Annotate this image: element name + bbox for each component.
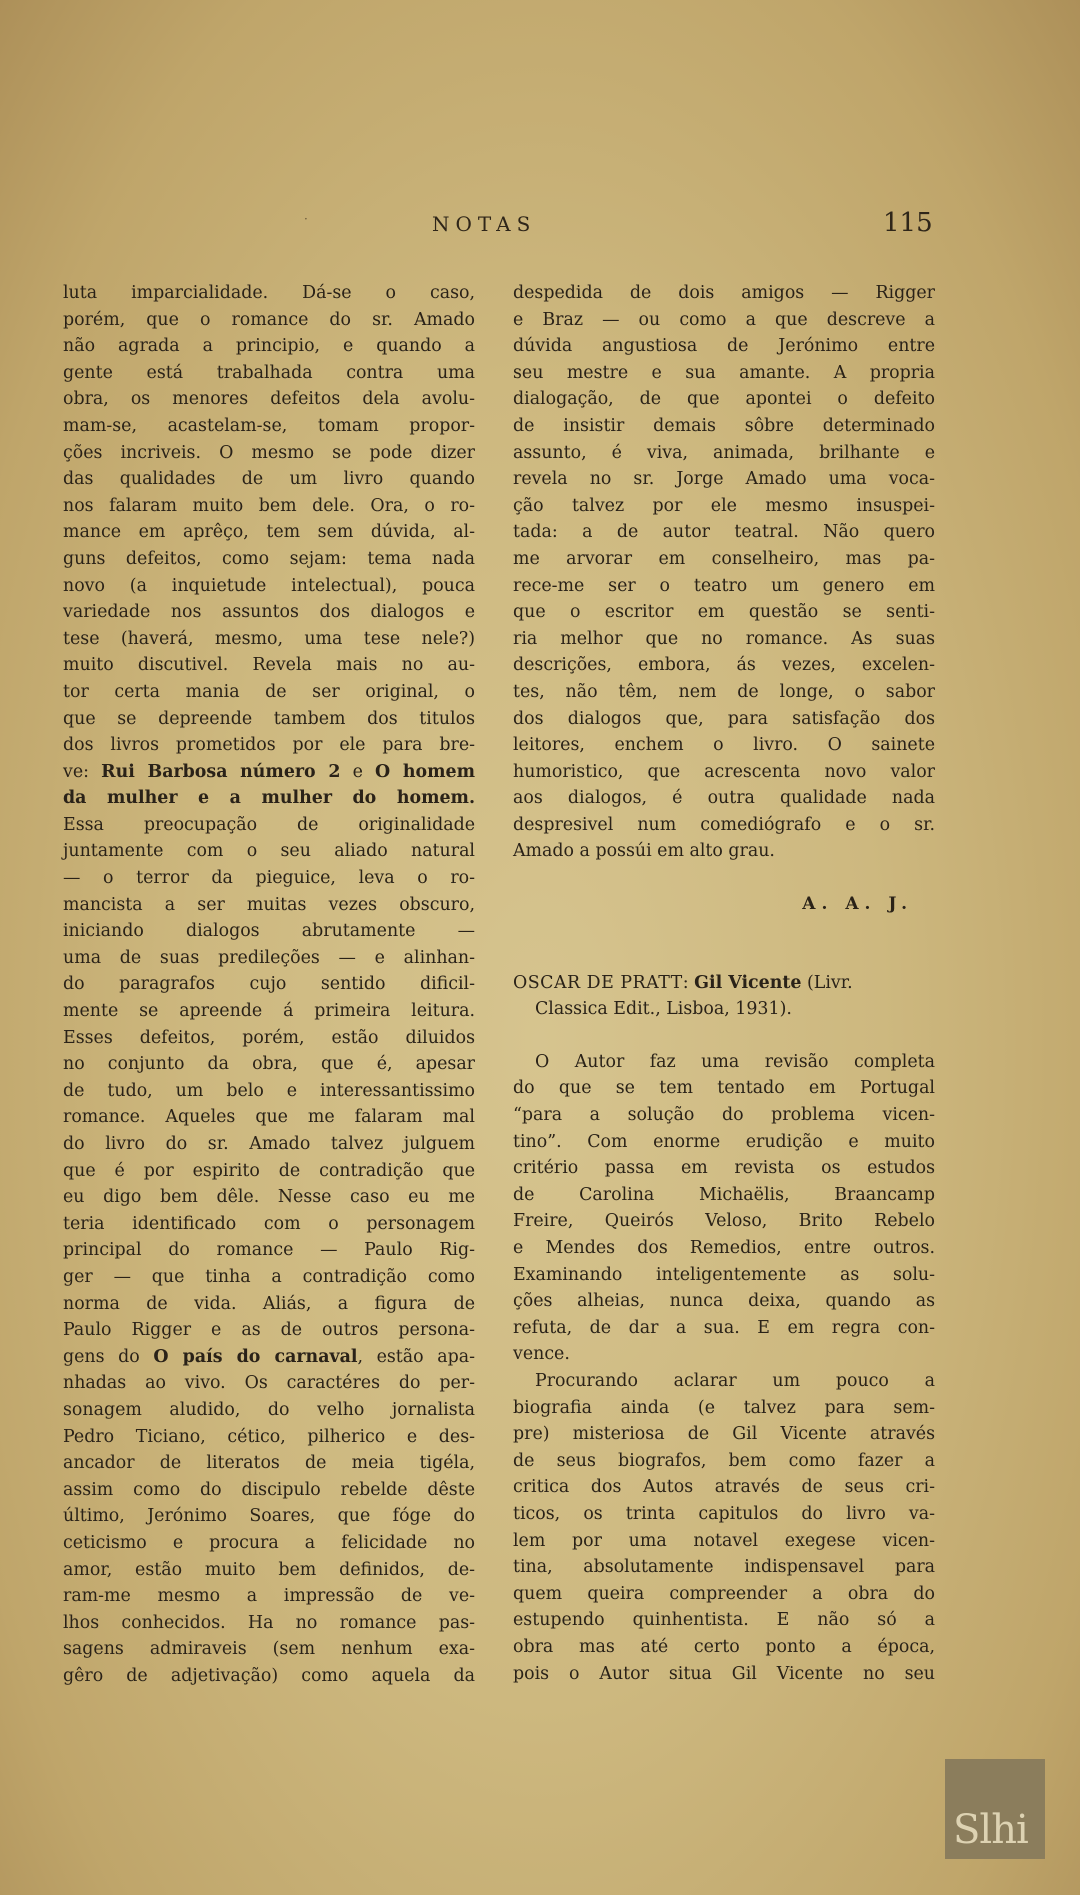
text-line: quem queira compreender a obra do	[513, 1581, 935, 1608]
page-header: · NOTAS 115	[0, 208, 1080, 248]
text-line: e Braz — ou como a que descreve a	[513, 307, 935, 334]
text-line: de tudo, um belo e interessantissimo	[63, 1078, 475, 1105]
watermark-logo-text: Slhi	[953, 1807, 1028, 1853]
text-line: dos livros prometidos por ele para bre-	[63, 732, 475, 759]
text-line: que é por espirito de contradição que	[63, 1158, 475, 1185]
right-column: despedida de dois amigos — Riggere Braz …	[513, 280, 935, 1687]
text-line: não agrada a principio, e quando a	[63, 333, 475, 360]
text-line-book-titles: ve: Rui Barbosa número 2 e O homem	[63, 759, 475, 786]
text-line: ticos, os trinta capitulos do livro va-	[513, 1501, 935, 1528]
review-signature: A. A. J.	[513, 891, 935, 918]
text-line: ancador de literatos de meia tigéla,	[63, 1450, 475, 1477]
running-title: NOTAS	[432, 212, 536, 236]
book-title-o-homem: O homem	[375, 762, 475, 782]
review2-paragraph-2: Procurando aclarar um pouco abiografia a…	[513, 1368, 935, 1687]
text-line: despedida de dois amigos — Rigger	[513, 280, 935, 307]
text-line: Examinando inteligentemente as solu-	[513, 1262, 935, 1289]
text-line: me arvorar em conselheiro, mas pa-	[513, 546, 935, 573]
text-line: tese (haverá, mesmo, uma tese nele?)	[63, 626, 475, 653]
text-line: Paulo Rigger e as de outros persona-	[63, 1317, 475, 1344]
text-line: leitores, enchem o livro. O sainete	[513, 732, 935, 759]
text-line: ger — que tinha a contradição como	[63, 1264, 475, 1291]
header-mark: ·	[304, 212, 308, 226]
text-line: ção talvez por ele mesmo insuspei-	[513, 493, 935, 520]
text-line: Pedro Ticiano, cético, pilherico e des-	[63, 1424, 475, 1451]
text-line: muito discutivel. Revela mais no au-	[63, 652, 475, 679]
text-line: revela no sr. Jorge Amado uma voca-	[513, 466, 935, 493]
text-fragment: gens do	[63, 1347, 153, 1367]
text-line: norma de vida. Aliás, a figura de	[63, 1291, 475, 1318]
text-line: do paragrafos cujo sentido dificil-	[63, 971, 475, 998]
text-line-pais-do-carnaval: gens do O país do carnaval, estão apa-	[63, 1344, 475, 1371]
citation-separator: :	[683, 973, 694, 993]
text-line: “para a solução do problema vicen-	[513, 1102, 935, 1129]
text-line: rece-me ser o teatro um genero em	[513, 573, 935, 600]
text-line: teria identificado com o personagem	[63, 1211, 475, 1238]
citation-line-2: Classica Edit., Lisboa, 1931).	[513, 996, 935, 1023]
text-line: tes, não têm, nem de longe, o sabor	[513, 679, 935, 706]
text-line: iniciando dialogos abrutamente —	[63, 918, 475, 945]
text-line: despresivel num comediógrafo e o sr.	[513, 812, 935, 839]
text-line: Procurando aclarar um pouco a	[513, 1368, 935, 1395]
text-line: seu mestre e sua amante. A propria	[513, 360, 935, 387]
text-line: luta imparcialidade. Dá-se o caso,	[63, 280, 475, 307]
text-line: lem por uma notavel exegese vicen-	[513, 1528, 935, 1555]
book-citation: OSCAR DE PRATT: Gil Vicente (Livr. Class…	[513, 970, 935, 1023]
text-line: sagens admiraveis (sem nenhum exa-	[63, 1636, 475, 1663]
text-line: amor, estão muito bem definidos, de-	[63, 1557, 475, 1584]
text-line: tina, absolutamente indispensavel para	[513, 1554, 935, 1581]
text-line: guns defeitos, como sejam: tema nada	[63, 546, 475, 573]
citation-line-1: OSCAR DE PRATT: Gil Vicente (Livr.	[513, 970, 935, 997]
citation-author: OSCAR DE PRATT	[513, 973, 683, 993]
text-line: descrições, embora, ás vezes, excelen-	[513, 652, 935, 679]
text-line: nos falaram muito bem dele. Ora, o ro-	[63, 493, 475, 520]
text-line: lhos conhecidos. Ha no romance pas-	[63, 1610, 475, 1637]
text-line: obra, os menores defeitos dela avolu-	[63, 386, 475, 413]
text-line: gêro de adjetivação) como aquela da	[63, 1663, 475, 1690]
text-line: ções alheias, nunca deixa, quando as	[513, 1288, 935, 1315]
text-line: pre) misteriosa de Gil Vicente através	[513, 1421, 935, 1448]
text-line: dúvida angustiosa de Jerónimo entre	[513, 333, 935, 360]
text-line: pois o Autor situa Gil Vicente no seu	[513, 1661, 935, 1688]
text-fragment: , estão apa-	[357, 1347, 475, 1367]
text-line: principal do romance — Paulo Rig-	[63, 1237, 475, 1264]
text-line: vence.	[513, 1341, 935, 1368]
text-line: ceticismo e procura a felicidade no	[63, 1530, 475, 1557]
text-line: uma de suas predileções — e alinhan-	[63, 945, 475, 972]
left-column: luta imparcialidade. Dá-se o caso,porém,…	[63, 280, 475, 1689]
text-line: eu digo bem dêle. Nesse caso eu me	[63, 1184, 475, 1211]
book-title-pais-do-carnaval: O país do carnaval	[153, 1347, 357, 1367]
text-line: mente se apreende á primeira leitura.	[63, 998, 475, 1025]
book-title-continuation: da mulher e a mulher do homem.	[63, 785, 475, 812]
text-line: refuta, de dar a sua. E em regra con-	[513, 1315, 935, 1342]
text-line: mance em aprêço, tem sem dúvida, al-	[63, 519, 475, 546]
text-line: no conjunto da obra, que é, apesar	[63, 1051, 475, 1078]
text-line: último, Jerónimo Soares, que fóge do	[63, 1503, 475, 1530]
watermark-logo: Slhi	[945, 1759, 1045, 1859]
text-line: estupendo quinhentista. E não só a	[513, 1607, 935, 1634]
text-line: gente está trabalhada contra uma	[63, 360, 475, 387]
citation-title: Gil Vicente	[694, 973, 801, 993]
text-line: critério passa em revista os estudos	[513, 1155, 935, 1182]
text-line: porém, que o romance do sr. Amado	[63, 307, 475, 334]
text-line: romance. Aqueles que me falaram mal	[63, 1104, 475, 1131]
text-line: tor certa mania de ser original, o	[63, 679, 475, 706]
text-line: critica dos Autos através de seus cri-	[513, 1474, 935, 1501]
text-line: assunto, é viva, animada, brilhante e	[513, 440, 935, 467]
text-line: dialogação, de que apontei o defeito	[513, 386, 935, 413]
text-fragment: ve:	[63, 762, 101, 782]
text-line: ram-me mesmo a impressão de ve-	[63, 1583, 475, 1610]
text-line: mam-se, acastelam-se, tomam propor-	[63, 413, 475, 440]
text-line: Freire, Queirós Veloso, Brito Rebelo	[513, 1208, 935, 1235]
text-line: humoristico, que acrescenta novo valor	[513, 759, 935, 786]
text-line: de seus biografos, bem como fazer a	[513, 1448, 935, 1475]
text-line: biografia ainda (e talvez para sem-	[513, 1395, 935, 1422]
text-line: variedade nos assuntos dos dialogos e	[63, 599, 475, 626]
left-lines-1: luta imparcialidade. Dá-se o caso,porém,…	[63, 280, 475, 759]
text-line: — o terror da pieguice, leva o ro-	[63, 865, 475, 892]
text-line: Essa preocupação de originalidade	[63, 812, 475, 839]
text-line: dos dialogos que, para satisfação dos	[513, 706, 935, 733]
text-line: aos dialogos, é outra qualidade nada	[513, 785, 935, 812]
text-line: das qualidades de um livro quando	[63, 466, 475, 493]
citation-publisher-open: (Livr.	[801, 973, 852, 993]
text-line: obra mas até certo ponto a época,	[513, 1634, 935, 1661]
text-line: ções incriveis. O mesmo se pode dizer	[63, 440, 475, 467]
text-line: nhadas ao vivo. Os caractéres do per-	[63, 1370, 475, 1397]
text-line: que o escritor em questão se senti-	[513, 599, 935, 626]
text-line: sonagem aludido, do velho jornalista	[63, 1397, 475, 1424]
book-title-rui-barbosa: Rui Barbosa número 2	[101, 762, 340, 782]
text-line: tada: a de autor teatral. Não quero	[513, 519, 935, 546]
page-number: 115	[883, 208, 933, 238]
text-line: juntamente com o seu aliado natural	[63, 838, 475, 865]
text-line: do que se tem tentado em Portugal	[513, 1075, 935, 1102]
text-line: do livro do sr. Amado talvez julguem	[63, 1131, 475, 1158]
text-line: de insistir demais sôbre determinado	[513, 413, 935, 440]
text-line: tino”. Com enorme erudição e muito	[513, 1129, 935, 1156]
text-line: que se depreende tambem dos titulos	[63, 706, 475, 733]
text-line: Esses defeitos, porém, estão diluidos	[63, 1025, 475, 1052]
text-line: de Carolina Michaëlis, Braancamp	[513, 1182, 935, 1209]
left-lines-3: nhadas ao vivo. Os caractéres do per-son…	[63, 1370, 475, 1689]
review1-continuation: despedida de dois amigos — Riggere Braz …	[513, 280, 935, 865]
text-line: mancista a ser muitas vezes obscuro,	[63, 892, 475, 919]
text-line: ria melhor que no romance. As suas	[513, 626, 935, 653]
text-line: Amado a possúi em alto grau.	[513, 838, 935, 865]
left-lines-2: Essa preocupação de originalidadejuntame…	[63, 812, 475, 1344]
review2-paragraph-1: O Autor faz uma revisão completado que s…	[513, 1049, 935, 1368]
text-line: assim como do discipulo rebelde dêste	[63, 1477, 475, 1504]
text-fragment: e	[340, 762, 375, 782]
text-line: e Mendes dos Remedios, entre outros.	[513, 1235, 935, 1262]
text-line: O Autor faz uma revisão completa	[513, 1049, 935, 1076]
text-line: novo (a inquietude intelectual), pouca	[63, 573, 475, 600]
